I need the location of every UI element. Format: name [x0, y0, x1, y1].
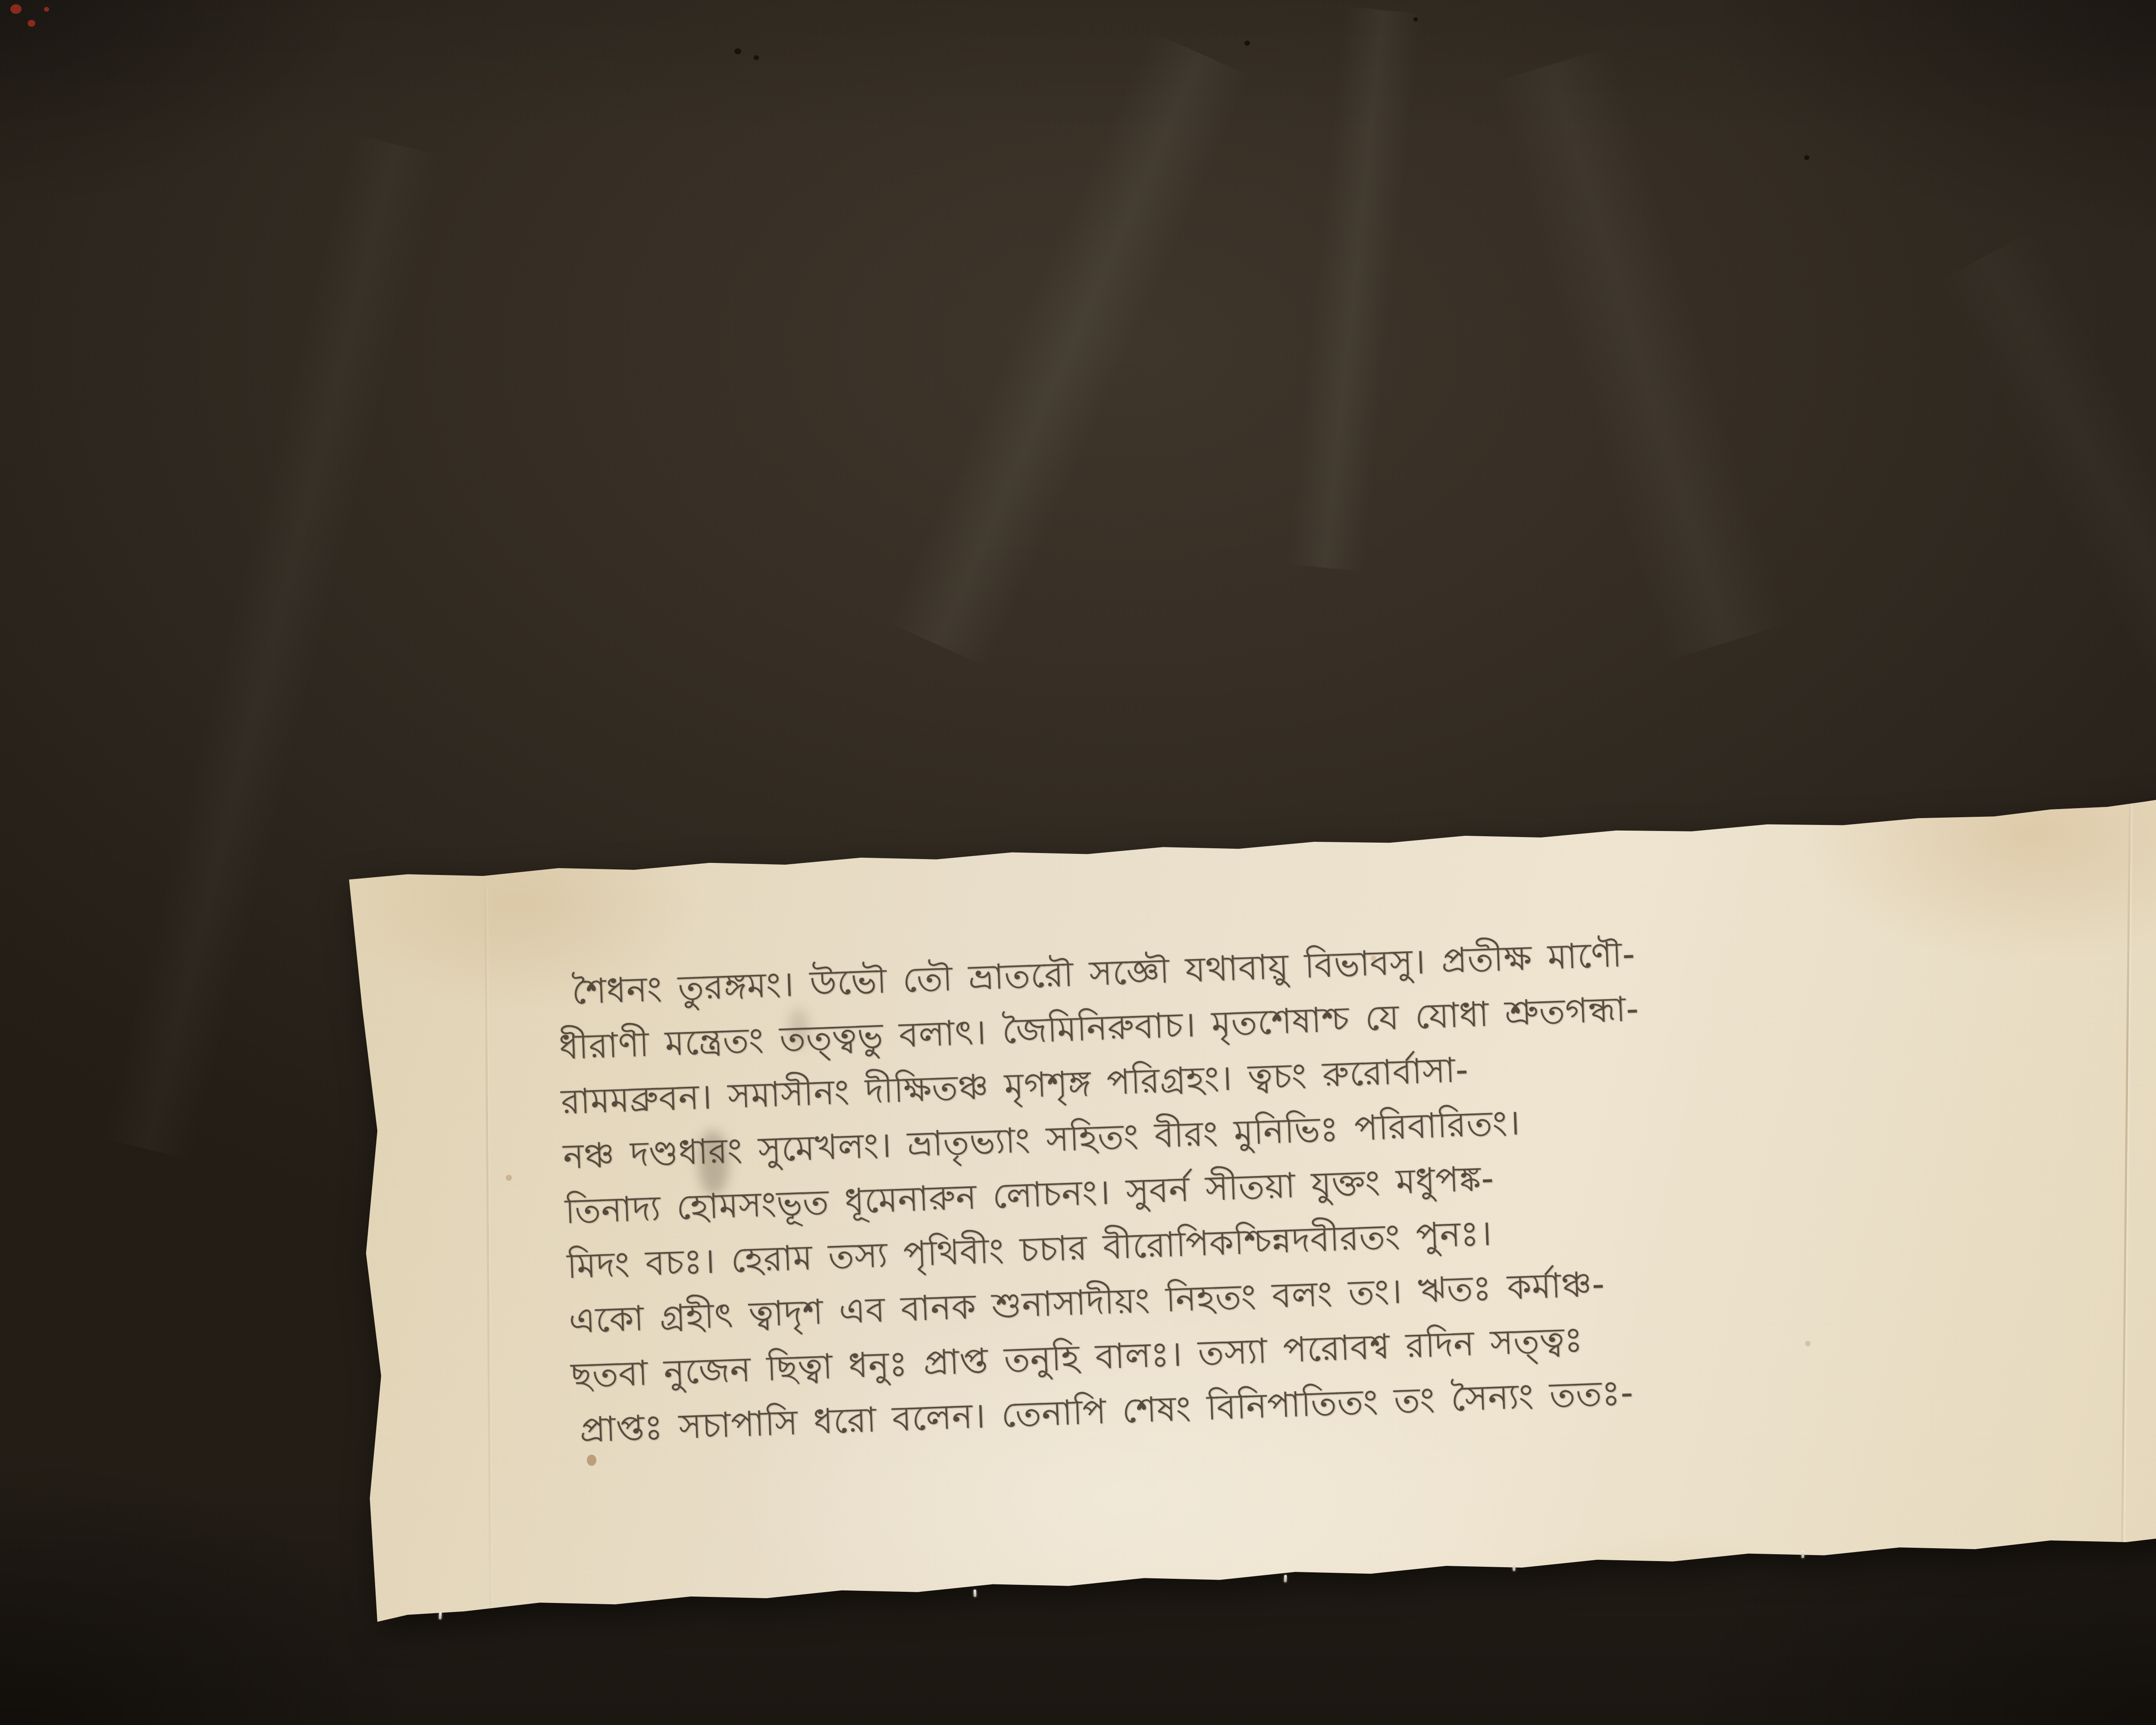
foxing-spot [506, 1175, 512, 1181]
dark-speck [1244, 41, 1250, 46]
red-speck [44, 7, 49, 12]
dark-speck [1413, 17, 1418, 22]
paper-crease [2120, 803, 2131, 1625]
pin-glint [1284, 1575, 1287, 1582]
pin-glint [974, 1590, 977, 1597]
red-speck [28, 20, 35, 27]
pin-glint [1513, 1564, 1516, 1571]
mount-board-background: শৈধনং তুরঙ্গমং। উভৌ তৌ ভ্রাতরৌ সজ্ঞৌ যথা… [0, 0, 2156, 1725]
paper-crease [484, 886, 492, 1621]
dark-speck [754, 55, 759, 60]
red-speck [10, 4, 22, 14]
pin-glint [439, 1612, 442, 1619]
dark-speck [734, 48, 741, 54]
dark-speck [1804, 155, 1809, 160]
pin-glint [1802, 1551, 1804, 1558]
handwritten-text-block: শৈধনং তুরঙ্গমং। উভৌ তৌ ভ্রাতরৌ সজ্ঞৌ যথা… [556, 911, 2091, 1458]
